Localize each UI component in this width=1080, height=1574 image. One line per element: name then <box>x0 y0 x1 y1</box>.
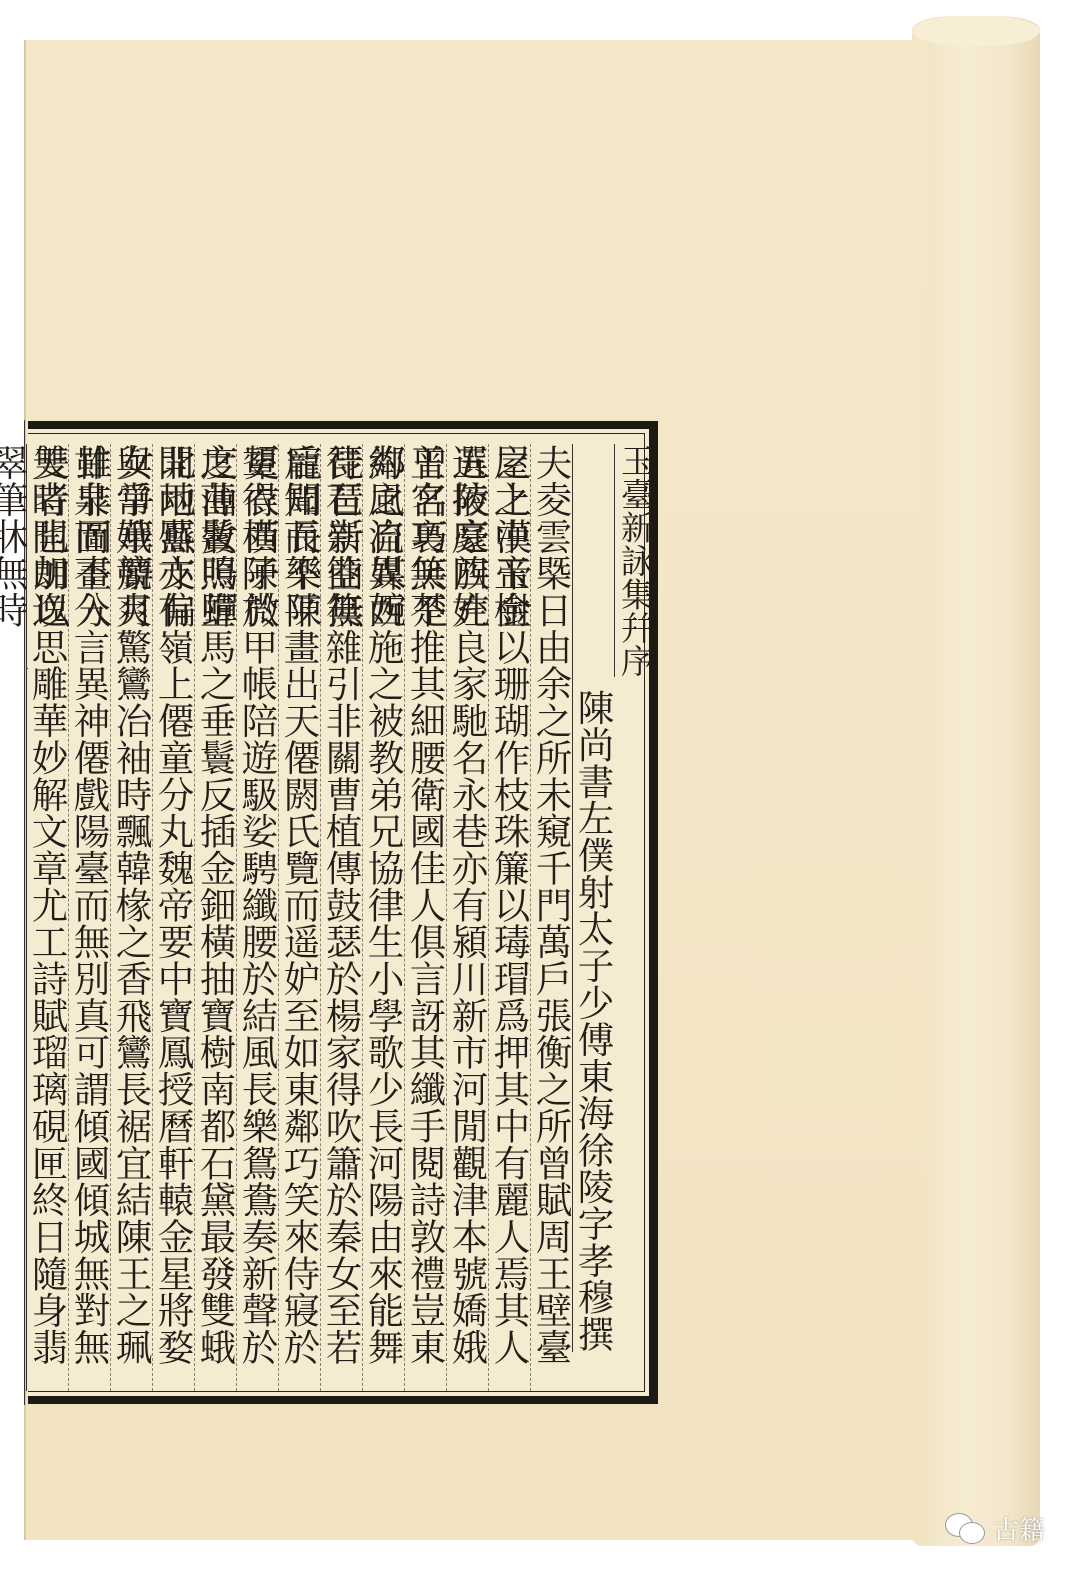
body-column-3: 選掖庭四姓良家馳名永巷亦有潁川新市河閒觀津本號嬌娥曾名巧笑楚 <box>446 444 487 1391</box>
body-column-13: 天時開朗逸思雕華妙解文章尤工詩賦瑠璃硯匣終日隨身翡翠筆牀無時 <box>26 444 67 1391</box>
body-column-10: 開兩靨亦有嶺上僊童分丸魏帝要中寶鳳授曆軒轅金星將婺女爭華麝月 <box>152 444 193 1391</box>
body-column-5: 約風流異西施之被教弟兄協律生小學歌少長河陽由來能舞琵琶新曲無 <box>362 444 403 1391</box>
text-block: 玉臺新詠集幷序 陳尚書左僕射太子少傅東海徐陵字孝穆撰 夫夌雲槩日由余之所未窺千門… <box>28 433 645 1392</box>
watermark-label: 古籍 <box>993 1510 1045 1547</box>
body-column-6: 待石崇箜篌雜引非關曹植傳鼓瑟於楊家得吹簫於秦女至若寵聞長樂陳 <box>320 444 361 1391</box>
body-column-12: 甘泉而不分言異神僊戲陽臺而無別真可謂傾國傾城無對無雙者也加以 <box>68 444 109 1391</box>
body-column-11: 與常娥競爽驚鸞冶袖時飄韓椽之香飛鸞長裾宜結陳王之珮雖非圖畫入 <box>110 444 151 1391</box>
body-column-2: 屋之中玉樹以珊瑚作枝珠簾以瑇瑁爲押其中有麗人焉其人五陵豪族充 <box>488 444 529 1391</box>
title-column: 玉臺新詠集幷序 <box>614 444 655 677</box>
printed-frame: 玉臺新詠集幷序 陳尚書左僕射太子少傅東海徐陵字孝穆撰 夫夌雲槩日由余之所未窺千門… <box>28 421 658 1404</box>
author-line: 陳尚書左僕射太子少傅東海徐陵字孝穆撰 <box>572 444 613 1352</box>
scroll-roll <box>912 16 1040 1546</box>
body-column-4: 王宮裏無不推其細腰衛國佳人俱言訝其纖手閱詩敦禮豈東鄰之自媒婉 <box>404 444 445 1391</box>
body-column-8: 顰得橫陳於甲帳陪遊馺娑騁纖腰於結風長樂鴛鴦奏新聲於度曲妝鳴蟬 <box>236 444 277 1391</box>
body-column-9: 之薄鬢照墮馬之垂鬟反插金鈿橫抽寶樹南都石黛最發雙蛾北地燕支偏 <box>194 444 235 1391</box>
body-column-7: 后知而不平畫出天僊閼氏覽而遥妒至如東鄰巧笑來侍寢於更衣西子微 <box>278 444 319 1391</box>
wechat-icon <box>945 1513 987 1545</box>
body-column-1: 夫夌雲槩日由余之所未窺千門萬戶張衡之所曾賦周王壁臺之上漢帝金 <box>530 444 571 1391</box>
scroll-roll-top <box>912 16 1040 46</box>
watermark: 古籍 <box>945 1510 1045 1547</box>
